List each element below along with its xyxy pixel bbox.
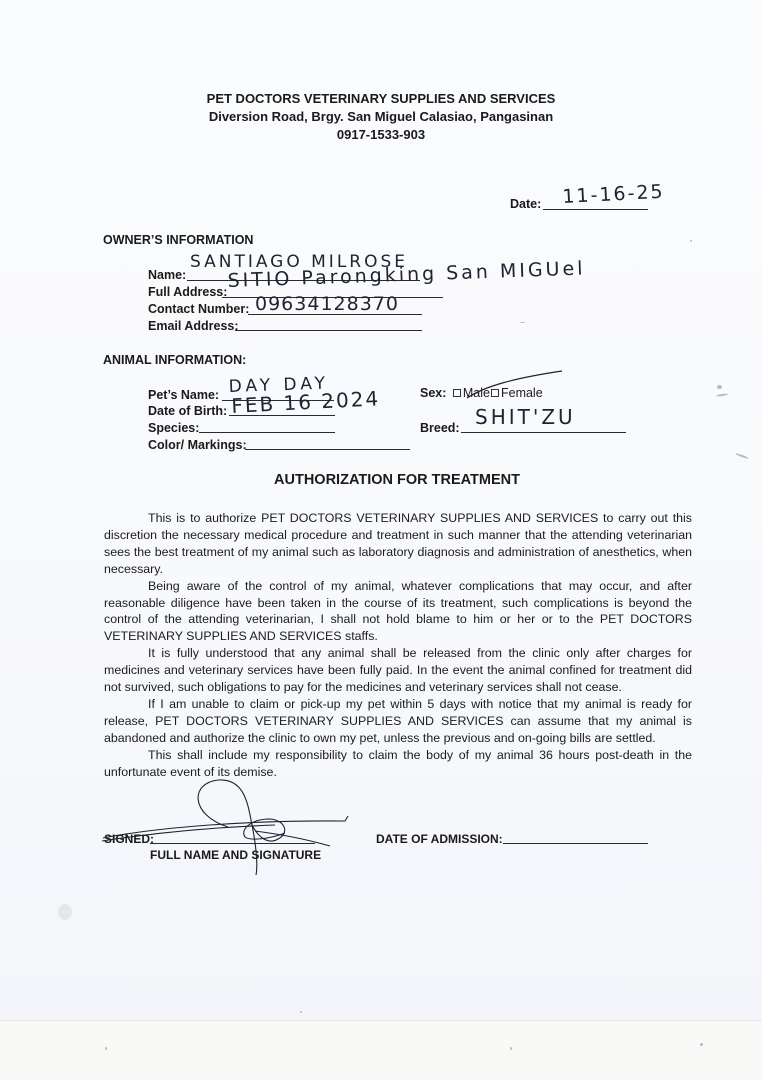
owner-address-label: Full Address: <box>148 285 227 299</box>
scan-speck <box>700 1043 703 1046</box>
species-label: Species: <box>148 421 199 435</box>
authorization-paragraph: If I am unable to claim or pick-up my pe… <box>104 696 692 747</box>
authorization-body: This is to authorize PET DOCTORS VETERIN… <box>104 510 692 781</box>
color-markings-field[interactable] <box>245 449 410 450</box>
animal-section-title: ANIMAL INFORMATION: <box>103 353 246 367</box>
scan-speck <box>520 322 525 323</box>
owner-email-field[interactable] <box>235 330 422 331</box>
authorization-paragraph: This is to authorize PET DOCTORS VETERIN… <box>104 510 692 578</box>
business-phone: 0917-1533-903 <box>0 127 762 142</box>
authorization-title: AUTHORIZATION FOR TREATMENT <box>0 472 762 488</box>
date-label: Date: <box>510 197 541 211</box>
business-address: Diversion Road, Brgy. San Miguel Calasia… <box>0 109 762 124</box>
owner-contact-handwritten: 09634128370 <box>255 293 399 315</box>
admission-date-label: DATE OF ADMISSION: <box>376 832 503 846</box>
owner-section-title: OWNER’S INFORMATION <box>103 233 253 247</box>
sex-label: Sex: <box>420 386 446 400</box>
sex-male-checkbox[interactable] <box>453 389 461 397</box>
scan-speck <box>716 393 728 397</box>
color-markings-label: Color/ Markings: <box>148 438 247 452</box>
owner-email-label: Email Address: <box>148 319 239 333</box>
business-name: PET DOCTORS VETERINARY SUPPLIES AND SERV… <box>0 91 762 106</box>
scanner-bed-area <box>0 1020 762 1080</box>
admission-date-field[interactable] <box>503 843 648 844</box>
scan-speck <box>690 240 692 242</box>
scanned-form-page: PET DOCTORS VETERINARY SUPPLIES AND SERV… <box>0 0 762 1020</box>
species-field[interactable] <box>199 432 335 433</box>
owner-name-label: Name: <box>148 268 186 282</box>
scan-speck <box>735 453 749 460</box>
pet-name-label: Pet’s Name: <box>148 388 219 402</box>
authorization-paragraph: Being aware of the control of my animal,… <box>104 578 692 646</box>
breed-label: Breed: <box>420 421 460 435</box>
breed-handwritten: SHIT'ZU <box>475 405 576 429</box>
sex-check-mark <box>465 368 565 402</box>
authorization-paragraph: It is fully understood that any animal s… <box>104 645 692 696</box>
scan-speck <box>58 904 72 920</box>
date-line[interactable] <box>543 209 648 210</box>
scan-speck <box>510 1047 512 1050</box>
scan-speck <box>105 1047 107 1050</box>
scan-speck <box>717 385 722 389</box>
handwritten-signature <box>100 775 360 885</box>
dob-label: Date of Birth: <box>148 404 227 418</box>
scan-speck <box>300 1011 302 1013</box>
breed-field[interactable] <box>461 432 626 433</box>
date-handwritten: 11-16-25 <box>562 181 665 208</box>
owner-contact-label: Contact Number: <box>148 302 249 316</box>
